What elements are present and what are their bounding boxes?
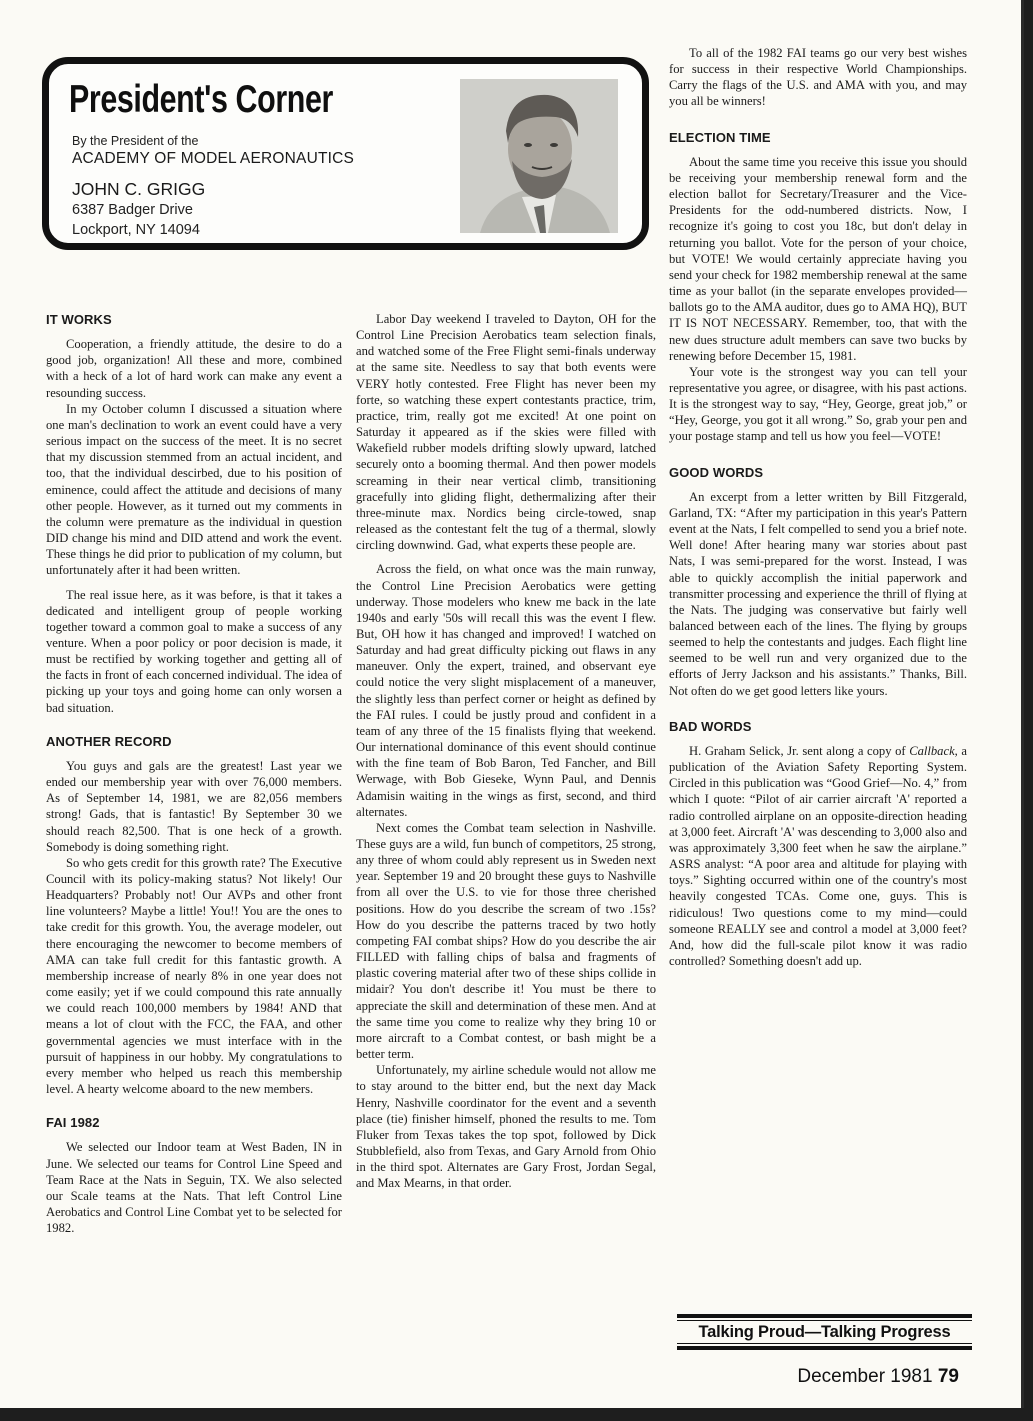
tagline: Talking Proud—Talking Progress [677,1321,972,1343]
section-heading-fai-1982: FAI 1982 [46,1115,342,1131]
paragraph: So who gets credit for this growth rate?… [46,855,342,1097]
section-heading-bad-words: BAD WORDS [669,719,967,735]
paragraph: The real issue here, as it was before, i… [46,587,342,716]
section-heading-election-time: ELECTION TIME [669,130,967,146]
issue-date: December 1981 [797,1366,932,1387]
address-city: Lockport, NY 14094 [72,222,200,238]
presidents-corner-header: President's Corner By the President of t… [42,57,649,250]
page-footer: December 1981 79 [797,1366,959,1388]
divider [677,1314,972,1318]
section-heading-good-words: GOOD WORDS [669,465,967,481]
address-street: 6387 Badger Drive [72,202,193,218]
byline: By the President of the [72,134,198,148]
column-3: To all of the 1982 FAI teams go our very… [669,45,967,969]
president-name: JOHN C. GRIGG [72,179,205,200]
divider [677,1343,972,1344]
portrait-photo [460,79,618,233]
portrait-image-icon [460,79,618,233]
organization-name: ACADEMY OF MODEL AERONAUTICS [72,150,354,168]
paragraph: Unfortunately, my airline schedule would… [356,1062,656,1191]
paragraph: An excerpt from a letter written by Bill… [669,489,967,699]
paragraph: Cooperation, a friendly attitude, the de… [46,336,342,401]
paragraph: Next comes the Combat team selection in … [356,820,656,1062]
paragraph: To all of the 1982 FAI teams go our very… [669,45,967,110]
paragraph: About the same time you receive this iss… [669,154,967,364]
text-run: H. Graham Selick, Jr. sent along a copy … [689,744,909,758]
column-1: IT WORKS Cooperation, a friendly attitud… [46,312,342,1236]
paragraph: We selected our Indoor team at West Bade… [46,1139,342,1236]
text-run: , a publication of the Aviation Safety R… [669,744,967,968]
tagline-banner: Talking Proud—Talking Progress [677,1314,972,1350]
paragraph: Labor Day weekend I traveled to Dayton, … [356,311,656,553]
section-heading-another-record: ANOTHER RECORD [46,734,342,750]
paragraph: Across the field, on what once was the m… [356,561,656,820]
paragraph: Your vote is the strongest way you can t… [669,364,967,445]
section-heading-it-works: IT WORKS [46,312,342,328]
column-title: President's Corner [69,78,333,122]
paragraph: H. Graham Selick, Jr. sent along a copy … [669,743,967,969]
divider [677,1346,972,1350]
column-2: Labor Day weekend I traveled to Dayton, … [356,311,656,1191]
publication-title: Callback [909,744,954,758]
page-number: 79 [938,1366,959,1387]
paragraph: You guys and gals are the greatest! Last… [46,758,342,855]
magazine-page: President's Corner By the President of t… [0,0,1024,1408]
paragraph: In my October column I discussed a situa… [46,401,342,579]
